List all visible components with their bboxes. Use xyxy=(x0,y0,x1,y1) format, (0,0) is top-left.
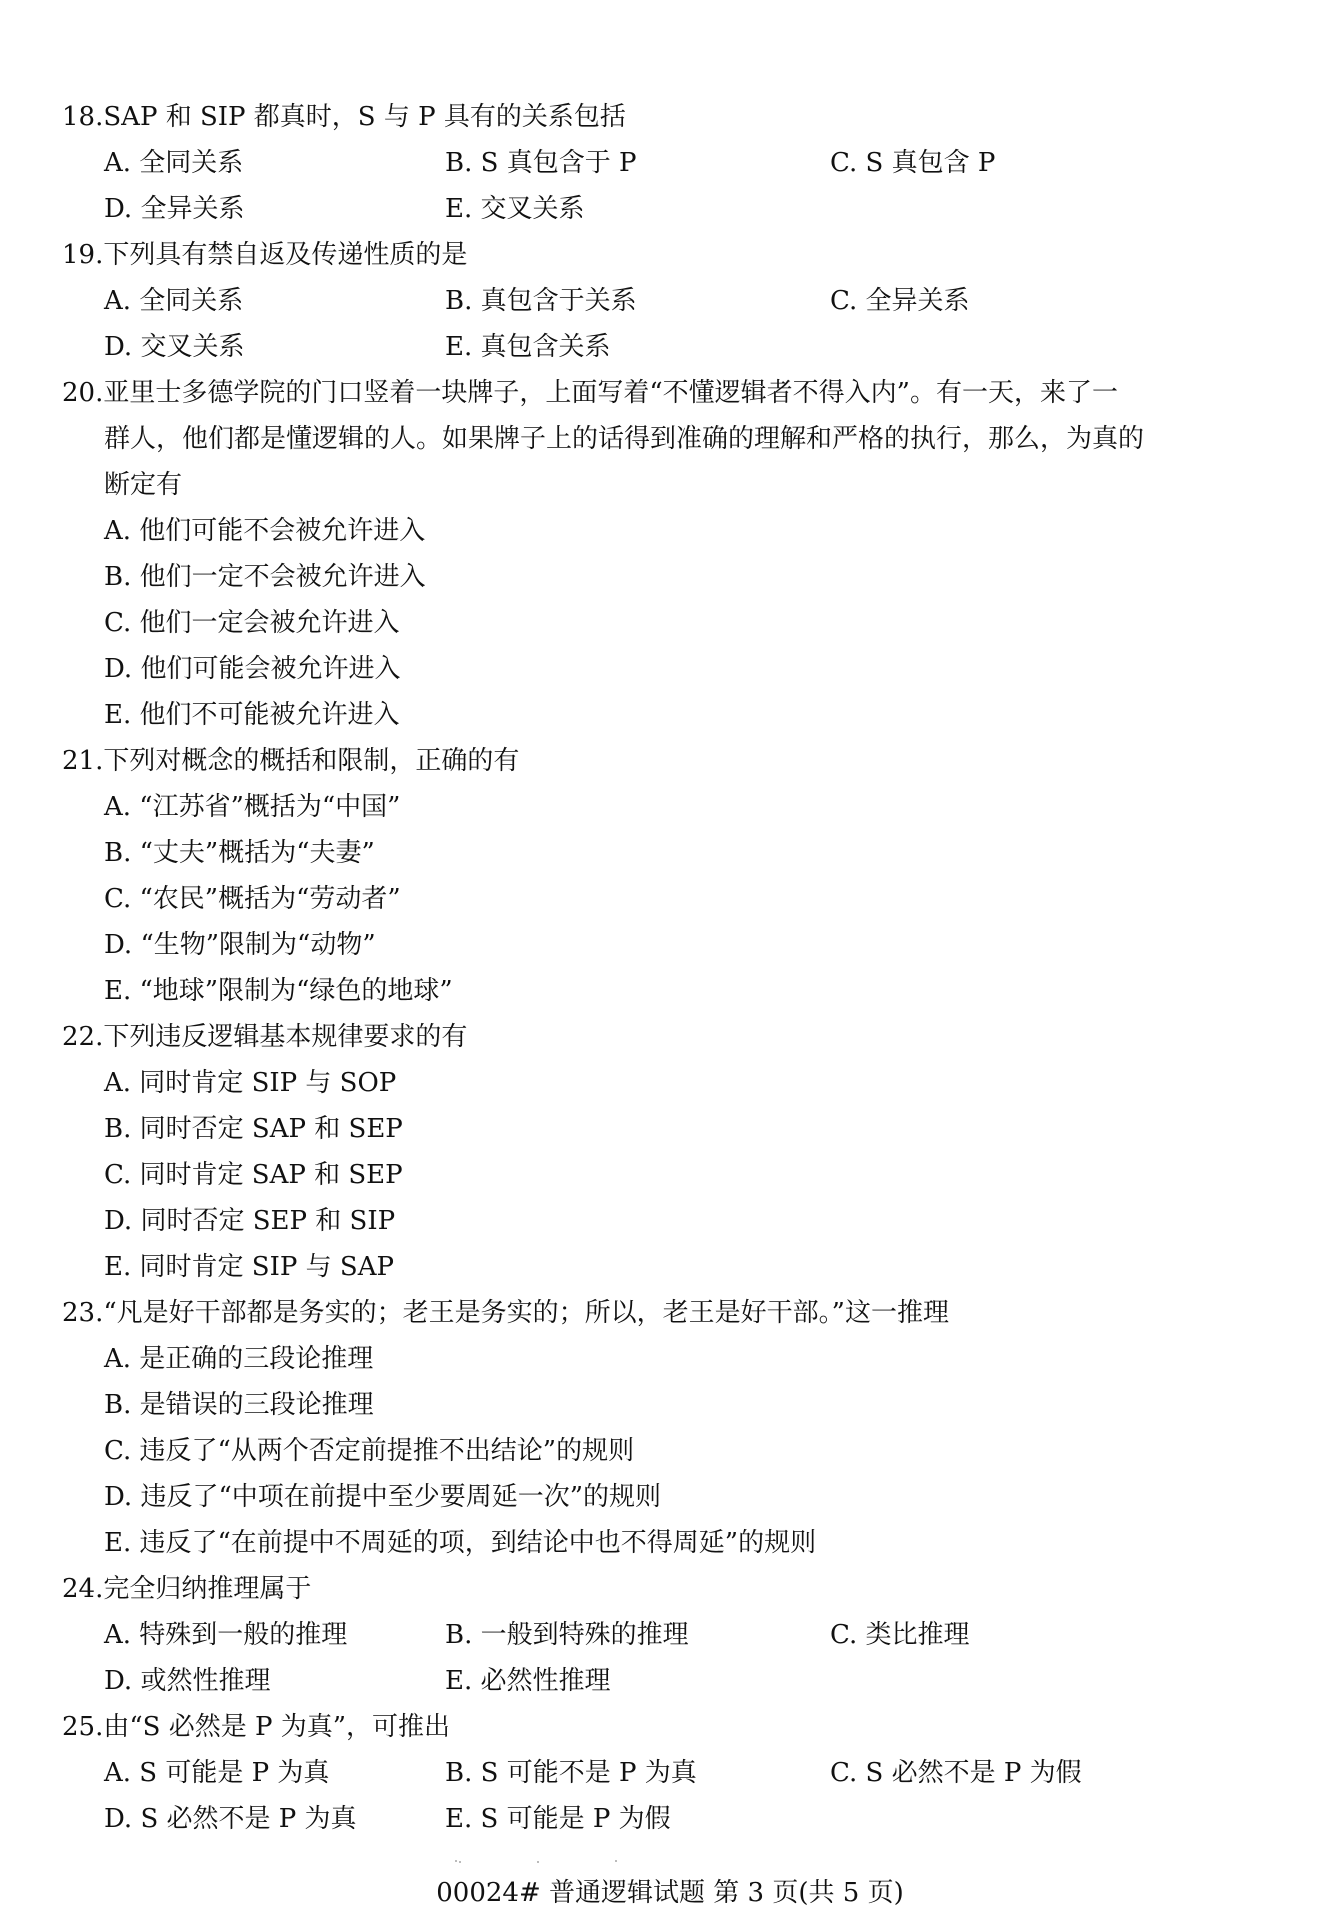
question-20: 20.亚里士多德学院的门口竖着一块牌子，上面写着“不懂逻辑者不得入内”。有一天，… xyxy=(0,370,1340,738)
question-stem: 21.下列对概念的概括和限制，正确的有 xyxy=(0,738,1340,784)
option-d: D. 违反了“中项在前提中至少要周延一次”的规则 xyxy=(0,1474,1340,1520)
option-d: D. “生物”限制为“动物” xyxy=(0,922,1340,968)
option-b: B. 他们一定不会被允许进入 xyxy=(0,554,1340,600)
question-21: 21.下列对概念的概括和限制，正确的有 A. “江苏省”概括为“中国” B. “… xyxy=(0,738,1340,1014)
option-row: D. 交叉关系 E. 真包含关系 xyxy=(0,324,1340,370)
question-text: 下列具有禁自返及传递性质的是 xyxy=(103,240,467,270)
question-stem: 20.亚里士多德学院的门口竖着一块牌子，上面写着“不懂逻辑者不得入内”。有一天，… xyxy=(0,370,1340,416)
question-18: 18.SAP 和 SIP 都真时，S 与 P 具有的关系包括 A. 全同关系 B… xyxy=(0,94,1340,232)
option-d: D. 他们可能会被允许进入 xyxy=(0,646,1340,692)
question-25: 25.由“S 必然是 P 为真”，可推出 A. S 可能是 P 为真 B. S … xyxy=(0,1704,1340,1842)
option-d: D. 或然性推理 xyxy=(104,1658,270,1704)
question-text: 由“S 必然是 P 为真”，可推出 xyxy=(103,1712,450,1742)
option-a: A. 他们可能不会被允许进入 xyxy=(0,508,1340,554)
option-e: E. S 可能是 P 为假 xyxy=(445,1796,671,1842)
option-e: E. 同时肯定 SIP 与 SAP xyxy=(0,1244,1340,1290)
question-number: 20. xyxy=(62,378,103,408)
option-a: A. 是正确的三段论推理 xyxy=(0,1336,1340,1382)
option-e: E. 真包含关系 xyxy=(445,324,611,370)
question-stem: 22.下列违反逻辑基本规律要求的有 xyxy=(0,1014,1340,1060)
option-c: C. “农民”概括为“劳动者” xyxy=(0,876,1340,922)
option-c: C. 全异关系 xyxy=(830,278,970,324)
option-a: A. 同时肯定 SIP 与 SOP xyxy=(0,1060,1340,1106)
option-row: D. S 必然不是 P 为真 E. S 可能是 P 为假 xyxy=(0,1796,1340,1842)
option-c: C. 同时肯定 SAP 和 SEP xyxy=(0,1152,1340,1198)
option-b: B. 是错误的三段论推理 xyxy=(0,1382,1340,1428)
option-e: E. 交叉关系 xyxy=(445,186,585,232)
option-a: A. 特殊到一般的推理 xyxy=(104,1612,347,1658)
question-24: 24.完全归纳推理属于 A. 特殊到一般的推理 B. 一般到特殊的推理 C. 类… xyxy=(0,1566,1340,1704)
question-number: 23. xyxy=(62,1298,103,1328)
question-stem: 23.“凡是好干部都是务实的；老王是务实的；所以，老王是好干部。”这一推理 xyxy=(0,1290,1340,1336)
option-b: B. “丈夫”概括为“夫妻” xyxy=(0,830,1340,876)
option-e: E. “地球”限制为“绿色的地球” xyxy=(0,968,1340,1014)
question-22: 22.下列违反逻辑基本规律要求的有 A. 同时肯定 SIP 与 SOP B. 同… xyxy=(0,1014,1340,1290)
question-stem: 25.由“S 必然是 P 为真”，可推出 xyxy=(0,1704,1340,1750)
question-number: 21. xyxy=(62,746,103,776)
question-text: “凡是好干部都是务实的；老王是务实的；所以，老王是好干部。”这一推理 xyxy=(103,1298,949,1328)
option-row: A. 全同关系 B. S 真包含于 P C. S 真包含 P xyxy=(0,140,1340,186)
option-row: A. 特殊到一般的推理 B. 一般到特殊的推理 C. 类比推理 xyxy=(0,1612,1340,1658)
question-23: 23.“凡是好干部都是务实的；老王是务实的；所以，老王是好干部。”这一推理 A.… xyxy=(0,1290,1340,1566)
option-c: C. S 真包含 P xyxy=(830,140,995,186)
option-b: B. 真包含于关系 xyxy=(445,278,637,324)
question-text-continued: 断定有 xyxy=(0,462,1340,508)
option-row: A. 全同关系 B. 真包含于关系 C. 全异关系 xyxy=(0,278,1340,324)
question-text-continued: 群人，他们都是懂逻辑的人。如果牌子上的话得到准确的理解和严格的执行，那么，为真的 xyxy=(0,416,1340,462)
option-row: D. 全异关系 E. 交叉关系 xyxy=(0,186,1340,232)
question-stem: 18.SAP 和 SIP 都真时，S 与 P 具有的关系包括 xyxy=(0,94,1340,140)
question-text: 亚里士多德学院的门口竖着一块牌子，上面写着“不懂逻辑者不得入内”。有一天，来了一 xyxy=(103,378,1118,408)
option-c: C. 他们一定会被允许进入 xyxy=(0,600,1340,646)
question-number: 24. xyxy=(62,1574,103,1604)
option-c: C. S 必然不是 P 为假 xyxy=(830,1750,1082,1796)
question-text: 完全归纳推理属于 xyxy=(103,1574,311,1604)
option-c: C. 违反了“从两个否定前提推不出结论”的规则 xyxy=(0,1428,1340,1474)
question-number: 25. xyxy=(62,1712,103,1742)
option-a: A. “江苏省”概括为“中国” xyxy=(0,784,1340,830)
option-a: A. 全同关系 xyxy=(104,278,243,324)
question-text: 下列违反逻辑基本规律要求的有 xyxy=(103,1022,467,1052)
option-e: E. 违反了“在前提中不周延的项，到结论中也不得周延”的规则 xyxy=(0,1520,1340,1566)
question-stem: 24.完全归纳推理属于 xyxy=(0,1566,1340,1612)
question-text: 下列对概念的概括和限制，正确的有 xyxy=(103,746,519,776)
question-stem: 19.下列具有禁自返及传递性质的是 xyxy=(0,232,1340,278)
option-a: A. S 可能是 P 为真 xyxy=(104,1750,329,1796)
option-e: E. 他们不可能被允许进入 xyxy=(0,692,1340,738)
question-text: SAP 和 SIP 都真时，S 与 P 具有的关系包括 xyxy=(103,102,626,132)
scan-specks xyxy=(455,1860,655,1864)
question-number: 22. xyxy=(62,1022,103,1052)
option-row: D. 或然性推理 E. 必然性推理 xyxy=(0,1658,1340,1704)
question-19: 19.下列具有禁自返及传递性质的是 A. 全同关系 B. 真包含于关系 C. 全… xyxy=(0,232,1340,370)
exam-page: 18.SAP 和 SIP 都真时，S 与 P 具有的关系包括 A. 全同关系 B… xyxy=(0,94,1340,1842)
option-b: B. 同时否定 SAP 和 SEP xyxy=(0,1106,1340,1152)
question-number: 19. xyxy=(62,240,103,270)
question-number: 18. xyxy=(62,102,103,132)
option-b: B. 一般到特殊的推理 xyxy=(445,1612,689,1658)
option-b: B. S 真包含于 P xyxy=(445,140,636,186)
option-d: D. S 必然不是 P 为真 xyxy=(104,1796,357,1842)
option-e: E. 必然性推理 xyxy=(445,1658,611,1704)
option-d: D. 交叉关系 xyxy=(104,324,244,370)
option-b: B. S 可能不是 P 为真 xyxy=(445,1750,697,1796)
option-row: A. S 可能是 P 为真 B. S 可能不是 P 为真 C. S 必然不是 P… xyxy=(0,1750,1340,1796)
option-d: D. 全异关系 xyxy=(104,186,244,232)
option-a: A. 全同关系 xyxy=(104,140,243,186)
page-footer: 00024# 普通逻辑试题 第 3 页(共 5 页) xyxy=(0,1870,1340,1916)
option-d: D. 同时否定 SEP 和 SIP xyxy=(0,1198,1340,1244)
option-c: C. 类比推理 xyxy=(830,1612,970,1658)
